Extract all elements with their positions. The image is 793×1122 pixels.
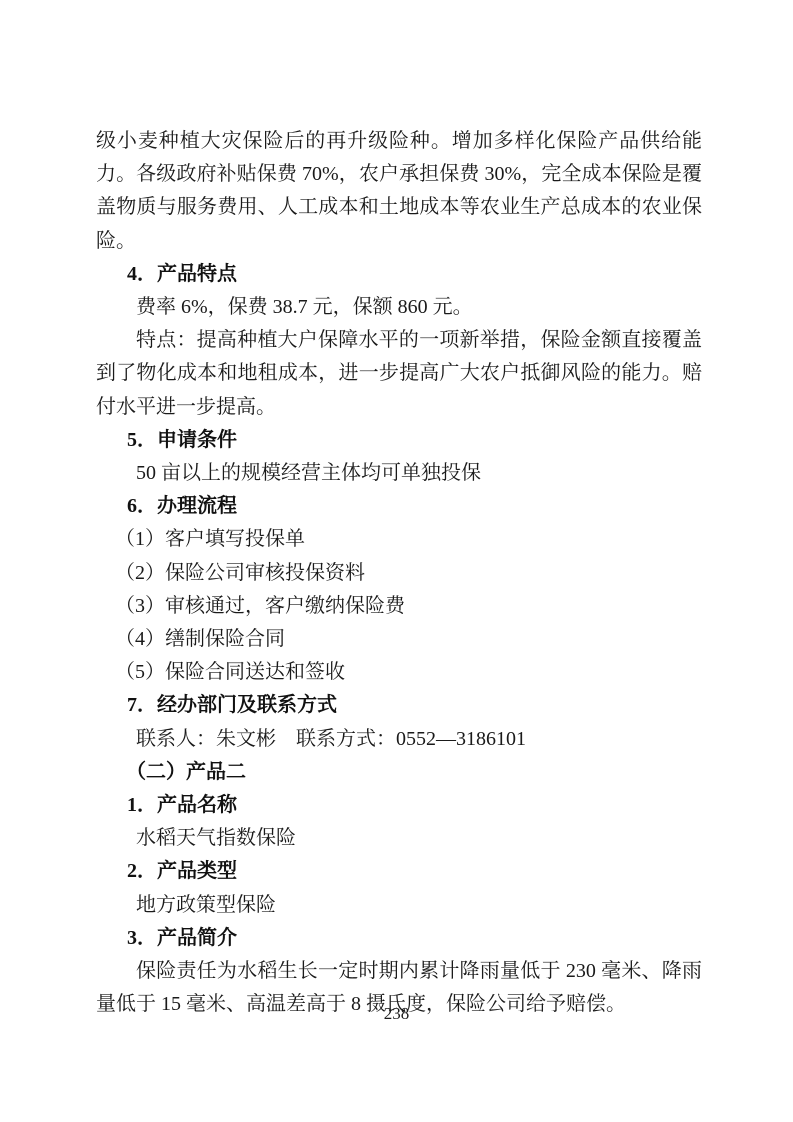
process-step: （5）保险合同送达和签收 [96,656,702,689]
paragraph-application-conditions: 50 亩以上的规模经营主体均可单独投保 [96,457,702,490]
process-step: （2）保险公司审核投保资料 [96,557,702,590]
heading-application-conditions: 5．申请条件 [96,424,702,457]
heading-product-name: 1．产品名称 [96,789,702,822]
paragraph-product-name: 水稻天气指数保险 [96,822,702,855]
process-step: （1）客户填写投保单 [96,523,702,556]
paragraph-contact-info: 联系人：朱文彬 联系方式：0552—3186101 [96,723,702,756]
paragraph-features-detail: 特点：提高种植大户保障水平的一项新举措，保险金额直接覆盖到了物化成本和地租成本，… [96,324,702,424]
page-number: 238 [0,1003,793,1025]
heading-processing-flow: 6．办理流程 [96,490,702,523]
heading-product-features: 4．产品特点 [96,258,702,291]
paragraph-rate-premium: 费率 6%，保费 38.7 元，保额 860 元。 [96,291,702,324]
paragraph-product-type: 地方政策型保险 [96,889,702,922]
paragraph-overview-continued: 级小麦种植大灾保险后的再升级险种。增加多样化保险产品供给能力。各级政府补贴保费 … [96,125,702,258]
document-page: 级小麦种植大灾保险后的再升级险种。增加多样化保险产品供给能力。各级政府补贴保费 … [0,0,793,1122]
process-step: （4）缮制保险合同 [96,623,702,656]
heading-product-type: 2．产品类型 [96,855,702,888]
heading-product-intro: 3．产品简介 [96,922,702,955]
document-body: 级小麦种植大灾保险后的再升级险种。增加多样化保险产品供给能力。各级政府补贴保费 … [96,125,702,1021]
section-heading-product-two: （二）产品二 [96,756,702,789]
heading-department-contact: 7．经办部门及联系方式 [96,689,702,722]
process-step: （3）审核通过，客户缴纳保险费 [96,590,702,623]
